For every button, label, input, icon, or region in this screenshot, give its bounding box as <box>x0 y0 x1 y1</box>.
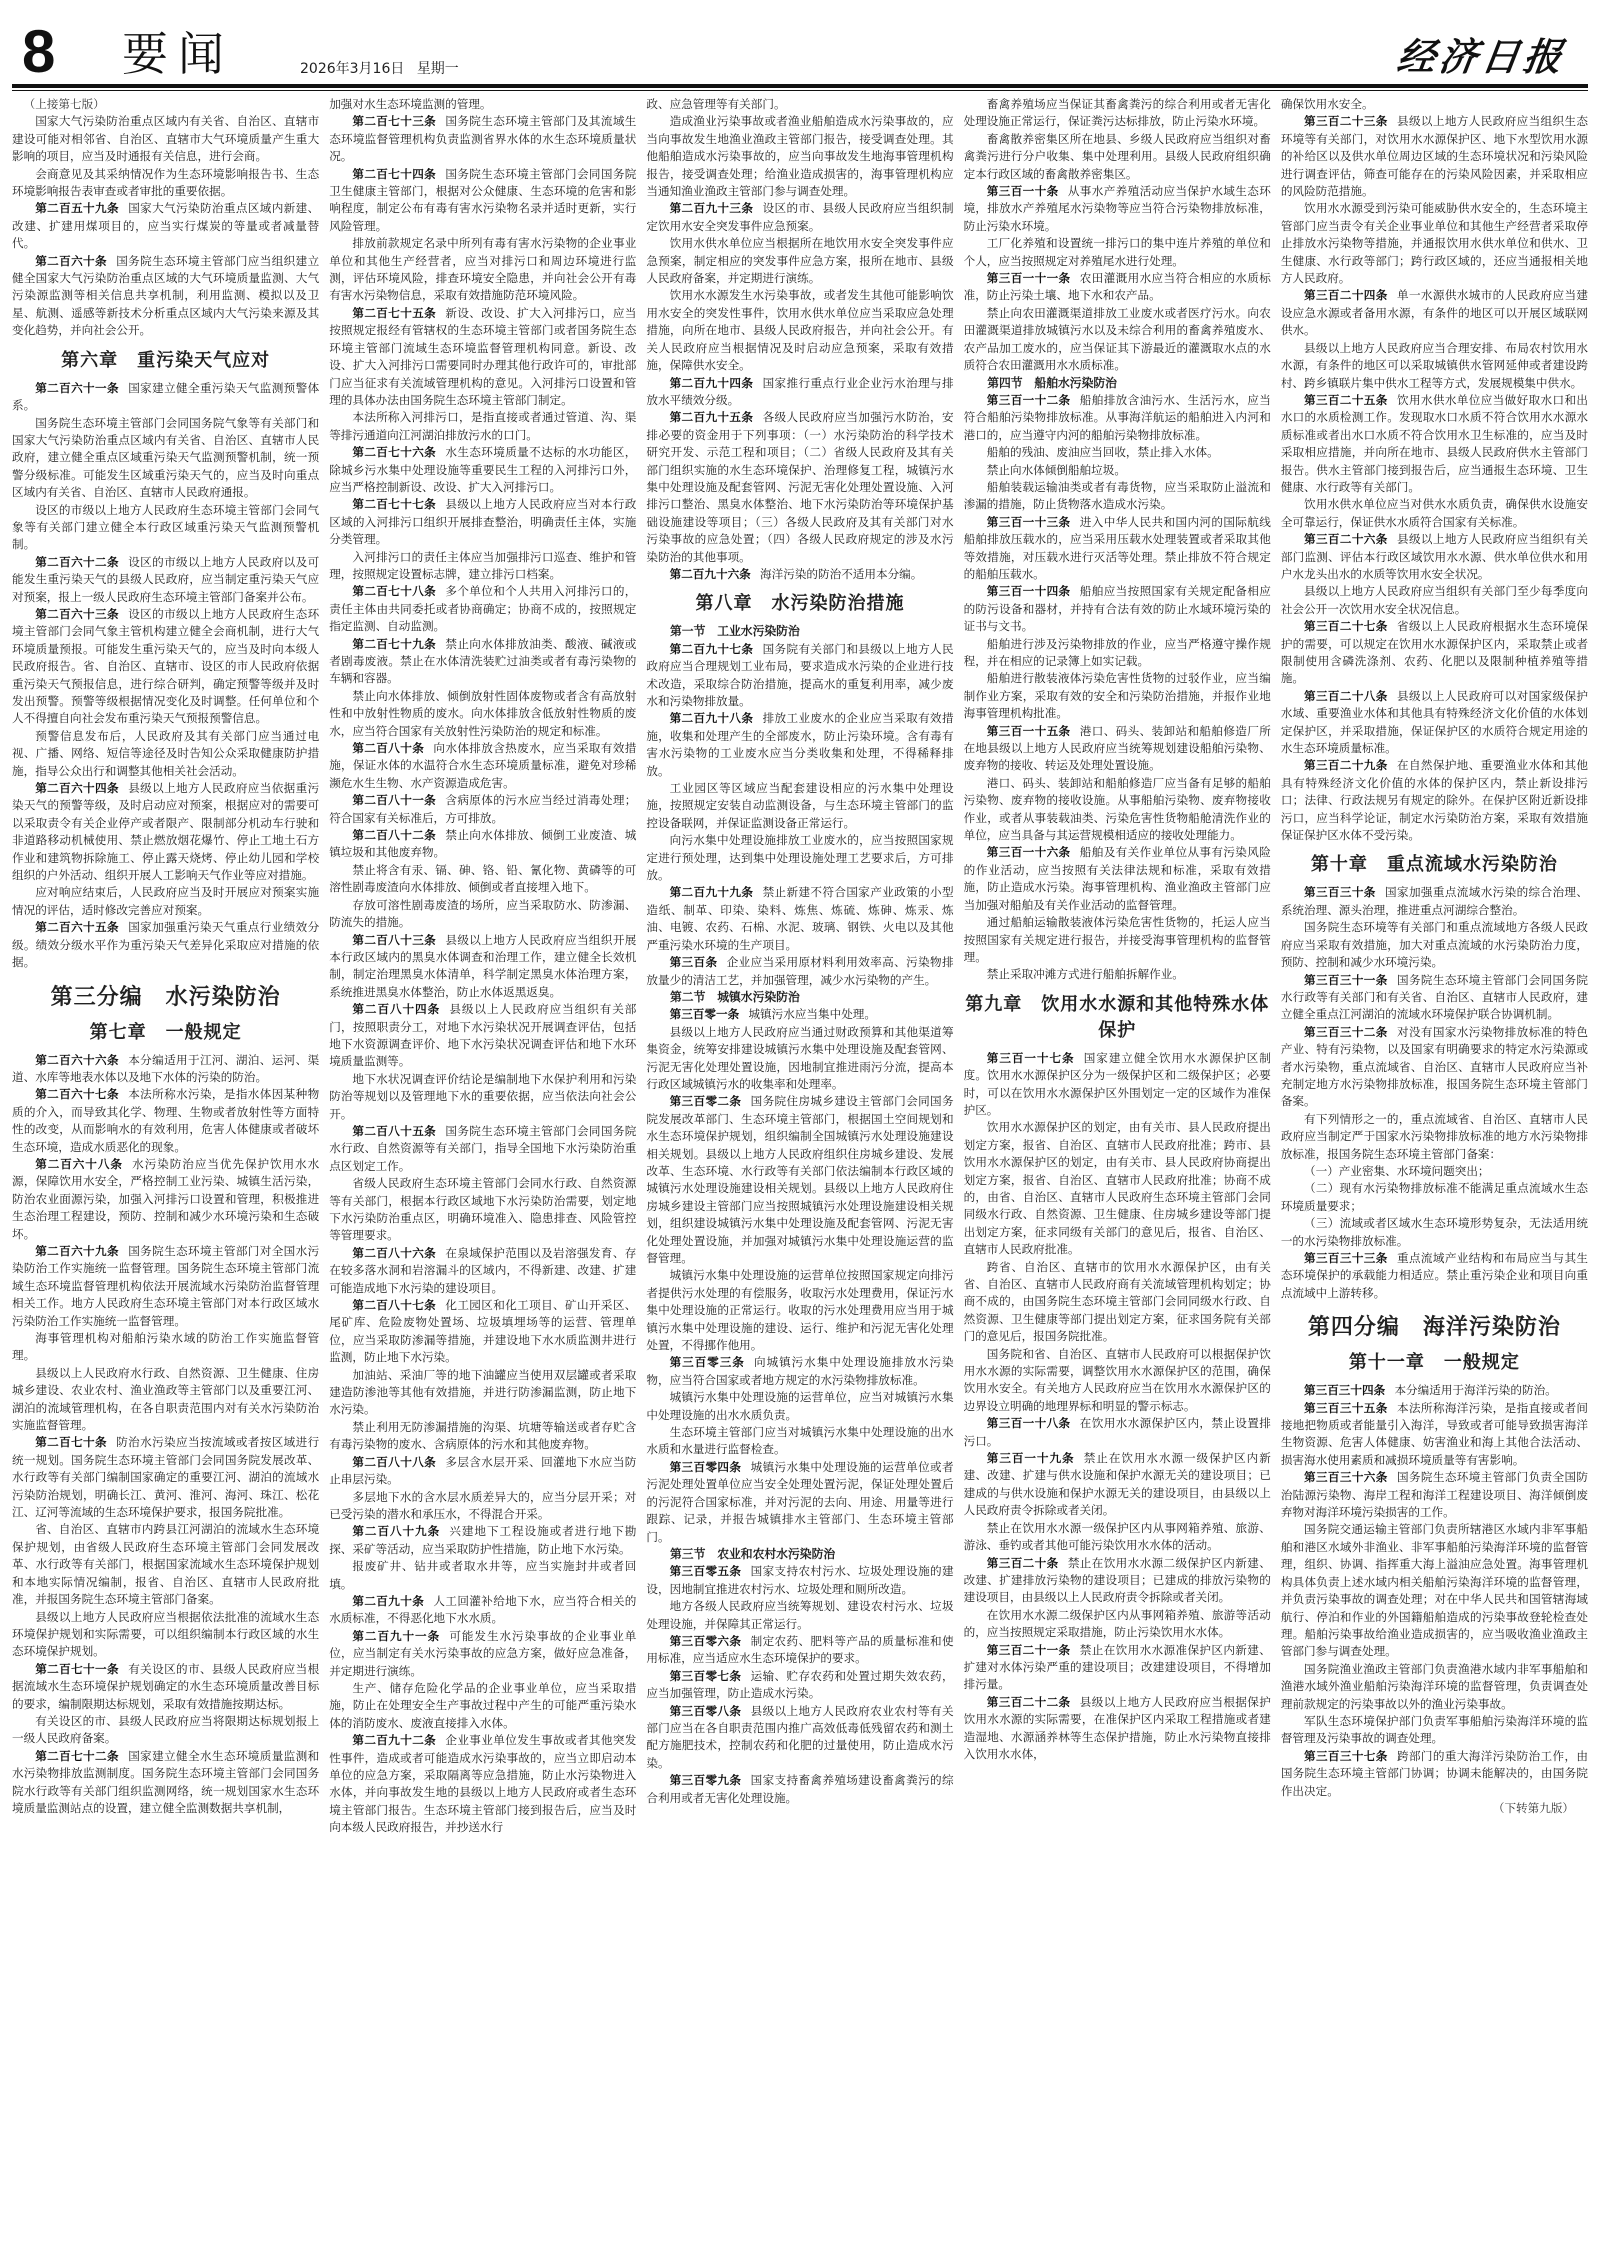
article-number: 第二百六十七条 <box>35 1087 119 1101</box>
article-paragraph: 第三百一十一条农田灌溉用水应当符合相应的水质标准，防止污染土壤、地下水和农产品。 <box>964 270 1271 305</box>
section-title: 要闻 <box>122 26 234 82</box>
article-number: 第三百二十六条 <box>1304 532 1388 546</box>
body-paragraph: 畜禽养殖场应当保证其畜禽粪污的综合利用或者无害化处理设施正常运行，保证粪污达标排… <box>964 96 1271 131</box>
body-paragraph: 港口、码头、装卸站和船舶修造厂应当备有足够的船舶污染物、废弃物的接收设施。从事船… <box>964 775 1271 845</box>
article-paragraph: 第三百零八条县级以上地方人民政府农业农村等有关部门应当在各自职责范围内推广高效低… <box>646 1703 953 1773</box>
header-rule <box>12 84 1588 88</box>
article-number: 第三百零八条 <box>670 1704 742 1718</box>
article-paragraph: 第三百二十一条禁止在饮用水水源准保护区内新建、扩建对水体污染严重的建设项目；改建… <box>964 1642 1271 1694</box>
section-heading: 第三节 农业和农村水污染防治 <box>646 1546 953 1563</box>
column-4: 畜禽养殖场应当保证其畜禽粪污的综合利用或者无害化处理设施正常运行，保证粪污达标排… <box>964 96 1271 2261</box>
article-number: 第二百七十七条 <box>352 497 436 511</box>
chapter-heading: 第八章 水污染防治措施 <box>646 591 953 617</box>
article-number: 第三百零六条 <box>670 1634 742 1648</box>
article-text: 各级人民政府应当加强污水防治，安排必要的资金用于下列事项：（一）水污染防治的科学… <box>646 410 953 563</box>
body-paragraph: （二）现有水污染物排放标准不能满足重点流域水生态环境质量要求； <box>1281 1180 1588 1215</box>
article-paragraph: 第三百二十五条饮用水供水单位应当做好取水口和出水口的水质检测工作。发现取水口水质… <box>1281 392 1588 496</box>
article-number: 第三百三十四条 <box>1304 1383 1385 1397</box>
article-number: 第二百九十一条 <box>352 1629 440 1643</box>
article-paragraph: 第二百六十七条本法所称水污染，是指水体因某种物质的介入，而导致其化学、物理、生物… <box>12 1086 319 1156</box>
article-number: 第三百二十条 <box>987 1556 1059 1570</box>
article-number: 第三百二十四条 <box>1304 288 1388 302</box>
article-text: 企业事业单位发生事故或者其他突发性事件，造成或者可能造成水污染事故的，应当立即启… <box>329 1733 636 1834</box>
article-paragraph: 第二百八十五条国务院生态环境主管部门会同国务院水行政、自然资源等有关部门，指导全… <box>329 1123 636 1175</box>
article-paragraph: 第二百七十二条国家建立健全水生态环境质量监测和水污染物排放监测制度。国务院生态环… <box>12 1748 319 1818</box>
article-number: 第二百六十三条 <box>35 607 119 621</box>
article-number: 第二百八十三条 <box>352 933 436 947</box>
article-number: 第三百零三条 <box>670 1355 745 1369</box>
continued-from-note: （上接第七版） <box>12 96 319 113</box>
article-paragraph: 第二百八十九条兴建地下工程设施或者进行地下勘探、采矿等活动，应当采取防护性措施，… <box>329 1523 636 1558</box>
body-paragraph: 国务院和省、自治区、直辖市人民政府可以根据保护饮用水水源的实际需要，调整饮用水水… <box>964 1346 1271 1416</box>
article-paragraph: 第三百零三条向城镇污水集中处理设施排放水污染物，应当符合国家或者地方规定的水污染… <box>646 1354 953 1389</box>
article-number: 第二百八十八条 <box>352 1455 436 1469</box>
article-number: 第二百六十六条 <box>35 1053 119 1067</box>
article-number: 第三百二十三条 <box>1304 114 1388 128</box>
body-paragraph: 禁止在饮用水水源一级保护区内从事网箱养殖、旅游、游泳、垂钓或者其他可能污染饮用水… <box>964 1520 1271 1555</box>
article-paragraph: 第三百一十条从事水产养殖活动应当保护水域生态环境，排放水产养殖尾水污染物等应当符… <box>964 183 1271 235</box>
body-paragraph: 禁止向水体倾倒船舶垃圾。 <box>964 462 1271 479</box>
body-paragraph: 应对响应结束后，人民政府应当及时开展应对预案实施情况的评估，适时修改完善应对预案… <box>12 884 319 919</box>
article-paragraph: 第三百三十二条对没有国家水污染物排放标准的特色产业、特有污染物，以及国家有明确要… <box>1281 1024 1588 1111</box>
part-heading: 第四分编 海洋污染防治 <box>1281 1312 1588 1342</box>
body-paragraph: 县级以上地方人民政府应当组织有关部门至少每季度向社会公开一次饮用水安全状况信息。 <box>1281 583 1588 618</box>
article-number: 第二百八十九条 <box>352 1524 440 1538</box>
article-number: 第二百八十四条 <box>352 1002 440 1016</box>
body-paragraph: 国务院生态环境等有关部门和重点流域地方各级人民政府应当采取有效措施，加大对重点流… <box>1281 919 1588 971</box>
article-paragraph: 第三百零一条城镇污水应当集中处理。 <box>646 1006 953 1023</box>
body-paragraph: 向污水集中处理设施排放工业废水的，应当按照国家规定进行预处理，达到集中处理设施处… <box>646 832 953 884</box>
article-paragraph: 第二百九十一条可能发生水污染事故的企业事业单位，应当制定有关水污染事故的应急方案… <box>329 1628 636 1680</box>
article-text: 国务院住房城乡建设主管部门会同国务院发展改革部门、生态环境主管部门，根据国土空间… <box>646 1094 953 1265</box>
article-number: 第二百七十一条 <box>35 1662 119 1676</box>
article-paragraph: 第三百二十二条县级以上地方人民政府应当根据保护饮用水水源的实际需要，在准保护区内… <box>964 1694 1271 1764</box>
article-paragraph: 第三百一十二条船舶排放含油污水、生活污水，应当符合船舶污染物排放标准。从事海洋航… <box>964 392 1271 444</box>
article-number: 第二百八十一条 <box>352 793 436 807</box>
article-number: 第二百九十四条 <box>670 376 754 390</box>
body-paragraph: 县级以上地方人民政府应当合理安排、布局农村饮用水水源，有条件的地区可以采取城镇供… <box>1281 340 1588 392</box>
article-paragraph: 第三百零七条运输、贮存农药和处置过期失效农药，应当加强管理，防止造成水污染。 <box>646 1668 953 1703</box>
article-text: 本分编适用于海洋污染的防治。 <box>1394 1383 1556 1397</box>
article-number: 第三百三十条 <box>1304 885 1376 899</box>
article-paragraph: 第三百一十三条进入中华人民共和国内河的国际航线船舶排放压载水的，应当采用压载水处… <box>964 514 1271 584</box>
article-paragraph: 第二百九十四条国家推行重点行业企业污水治理与排放水平绩效分级。 <box>646 375 953 410</box>
article-number: 第三百一十八条 <box>987 1416 1071 1430</box>
body-paragraph: 国务院生态环境主管部门会同国务院气象等有关部门和国家大气污染防治重点区域内有关省… <box>12 415 319 502</box>
article-paragraph: 第二百九十八条排放工业废水的企业应当采取有效措施，收集和处理产生的全部废水，防止… <box>646 710 953 780</box>
article-paragraph: 第三百条企业应当采用原材料利用效率高、污染物排放量少的清洁工艺，并加强管理，减少… <box>646 954 953 989</box>
article-number: 第三百一十三条 <box>987 515 1071 529</box>
article-paragraph: 第三百三十三条重点流域产业结构和布局应当与其生态环境保护的承载能力相适应。禁止重… <box>1281 1250 1588 1302</box>
article-paragraph: 第三百二十四条单一水源供水城市的人民政府应当建设应急水源或者备用水源，有条件的地… <box>1281 287 1588 339</box>
article-number: 第二百九十九条 <box>670 885 754 899</box>
article-number: 第三百二十一条 <box>987 1643 1071 1657</box>
article-number: 第二百六十四条 <box>35 781 119 795</box>
article-number: 第三百二十八条 <box>1304 689 1388 703</box>
article-number: 第二百八十五条 <box>352 1124 436 1138</box>
article-number: 第三百零四条 <box>670 1460 742 1474</box>
article-paragraph: 第三百二十七条省级以上人民政府根据水生态环境保护的需要，可以规定在饮用水水源保护… <box>1281 618 1588 688</box>
body-paragraph: 饮用水供水单位应当根据所在地饮用水安全突发事件应急预案，制定相应的突发事件应急方… <box>646 235 953 287</box>
article-paragraph: 第三百三十六条国务院生态环境主管部门负责全国防治陆源污染物、海岸工程和海洋工程建… <box>1281 1469 1588 1521</box>
header-rule-thin <box>12 90 1588 91</box>
body-paragraph: 禁止采取冲滩方式进行船舶拆解作业。 <box>964 966 1271 983</box>
article-number: 第三百一十六条 <box>987 845 1071 859</box>
article-number: 第二百六十九条 <box>35 1244 119 1258</box>
section-heading: 第一节 工业水污染防治 <box>646 623 953 640</box>
article-number: 第三百一十二条 <box>987 393 1071 407</box>
article-number: 第三百一十四条 <box>987 584 1071 598</box>
article-paragraph: 第二百七十六条水生态环境质量不达标的水功能区，除城乡污水集中处理设施等重要民生工… <box>329 444 636 496</box>
article-paragraph: 第三百三十条国家加强重点流域水污染的综合治理、系统治理、源头治理，推进重点河湖综… <box>1281 884 1588 919</box>
article-paragraph: 第三百一十五条港口、码头、装卸站和船舶修造厂所在地县级以上地方人民政府应当统筹规… <box>964 723 1271 775</box>
article-number: 第二百七十六条 <box>352 445 436 459</box>
body-paragraph: 入河排污口的责任主体应当加强排污口巡查、维护和管理，按照规定设置标志牌，建立排污… <box>329 549 636 584</box>
body-paragraph: 在饮用水水源二级保护区内从事网箱养殖、旅游等活动的，应当按照规定采取措施，防止污… <box>964 1607 1271 1642</box>
body-paragraph: 畜禽散养密集区所在地县、乡级人民政府应当组织对畜禽粪污进行分户收集、集中处理利用… <box>964 131 1271 183</box>
article-paragraph: 第三百一十六条船舶及有关作业单位从事有污染风险的作业活动，应当按照有关法律法规和… <box>964 844 1271 914</box>
article-number: 第三百条 <box>670 955 718 969</box>
article-number: 第二百八十七条 <box>352 1298 436 1312</box>
article-paragraph: 第二百九十三条设区的市、县级人民政府应当组织制定饮用水安全突发事件应急预案。 <box>646 200 953 235</box>
article-paragraph: 第三百一十七条国家建立健全饮用水水源保护区制度。饮用水水源保护区分为一级保护区和… <box>964 1050 1271 1120</box>
column-1: （上接第七版）国家大气污染防治重点区域内有关省、自治区、直辖市建设可能对相邻省、… <box>12 96 319 2261</box>
article-number: 第二百七十条 <box>35 1435 107 1449</box>
body-paragraph: 国务院交通运输主管部门负责所辖港区水域内非军事船舶和港区水域外非渔业、非军事船舶… <box>1281 1521 1588 1660</box>
article-number: 第二百八十六条 <box>352 1246 436 1260</box>
article-number: 第三百三十五条 <box>1304 1401 1388 1415</box>
body-paragraph: 存放可溶性剧毒废渣的场所，应当采取防水、防渗漏、防流失的措施。 <box>329 897 636 932</box>
article-paragraph: 第二百六十四条县级以上地方人民政府应当依据重污染天气的预警等级，及时启动应对预案… <box>12 780 319 884</box>
article-columns: （上接第七版）国家大气污染防治重点区域内有关省、自治区、直辖市建设可能对相邻省、… <box>12 96 1588 2261</box>
body-paragraph: 县级以上地方人民政府应当通过财政预算和其他渠道筹集资金，统筹安排建设城镇污水集中… <box>646 1024 953 1094</box>
masthead: 8 要闻 2026年3月16日 星期一 经济日报 <box>12 0 1588 84</box>
body-paragraph: 地方各级人民政府应当统筹规划、建设农村污水、垃圾处理设施，并保障其正常运行。 <box>646 1598 953 1633</box>
article-number: 第二百八十条 <box>352 741 424 755</box>
article-paragraph: 第三百一十八条在饮用水水源保护区内，禁止设置排污口。 <box>964 1415 1271 1450</box>
chapter-heading: 第十一章 一般规定 <box>1281 1350 1588 1376</box>
article-paragraph: 第二百六十二条设区的市级以上地方人民政府以及可能发生重污染天气的县级人民政府，应… <box>12 554 319 606</box>
article-paragraph: 第二百九十条人工回灌补给地下水，应当符合相关的水质标准，不得恶化地下水水质。 <box>329 1593 636 1628</box>
article-paragraph: 第二百六十八条水污染防治应当优先保护饮用水水源，保障饮用水安全，严格控制工业污染… <box>12 1156 319 1243</box>
article-number: 第二百七十九条 <box>352 637 436 651</box>
article-number: 第二百六十条 <box>35 254 107 268</box>
article-paragraph: 第三百二十八条县级以上人民政府可以对国家级保护水域、重要渔业水体和其他具有特殊经… <box>1281 688 1588 758</box>
body-paragraph: 设区的市级以上地方人民政府生态环境主管部门会同气象等有关部门建立健全本行政区域重… <box>12 502 319 554</box>
article-number: 第二百七十四条 <box>352 167 436 181</box>
article-paragraph: 第二百六十五条国家加强重污染天气重点行业绩效分级。绩效分级水平作为重污染天气差异… <box>12 919 319 971</box>
body-paragraph: 造成渔业污染事故或者渔业船舶造成水污染事故的，应当向事故发生地渔业渔政主管部门报… <box>646 113 953 200</box>
chapter-heading: 第七章 一般规定 <box>12 1020 319 1046</box>
article-text: 县级以上地方人民政府应当依据重污染天气的预警等级，及时启动应对预案，根据应对的需… <box>12 781 319 882</box>
continued-paragraph: 政、应急管理等有关部门。 <box>646 96 953 113</box>
article-paragraph: 第二百九十二条企业事业单位发生事故或者其他突发性事件，造成或者可能造成水污染事故… <box>329 1732 636 1836</box>
column-3: 政、应急管理等有关部门。造成渔业污染事故或者渔业船舶造成水污染事故的，应当向事故… <box>646 96 953 2261</box>
article-number: 第三百三十一条 <box>1304 973 1388 987</box>
weekday-text: 星期一 <box>417 61 459 77</box>
chapter-heading: 第九章 饮用水水源和其他特殊水体保护 <box>964 992 1271 1044</box>
article-paragraph: 第二百七十八条多个单位和个人共用入河排污口的，责任主体由共同委托或者协商确定；协… <box>329 583 636 635</box>
body-paragraph: 跨省、自治区、直辖市的饮用水水源保护区，由有关省、自治区、直辖市人民政府商有关流… <box>964 1259 1271 1346</box>
article-paragraph: 第二百八十四条县级以上人民政府应当组织有关部门，按照职责分工，对地下水污染状况开… <box>329 1001 636 1071</box>
article-paragraph: 第二百六十六条本分编适用于江河、湖泊、运河、渠道、水库等地表水体以及地下水体的污… <box>12 1052 319 1087</box>
body-paragraph: 军队生态环境保护部门负责军事船舶污染海洋环境的监督管理及污染事故的调查处理。 <box>1281 1713 1588 1748</box>
section-heading: 第四节 船舶水污染防治 <box>964 375 1271 392</box>
article-paragraph: 第二百七十七条县级以上地方人民政府应当对本行政区域的入河排污口组织开展排查整治，… <box>329 496 636 548</box>
date-text: 2026年3月16日 <box>300 61 404 77</box>
body-paragraph: 禁止利用无防渗漏措施的沟渠、坑塘等输送或者存贮含有毒污染物的废水、含病原体的污水… <box>329 1419 636 1454</box>
article-text: 设区的市级以上地方人民政府生态环境主管部门会同气象主管机构建立健全会商机制，进行… <box>12 607 319 725</box>
body-paragraph: 通过船舶运输散装液体污染危害性货物的，托运人应当按照国家有关规定进行报告，并接受… <box>964 914 1271 966</box>
body-paragraph: 有关设区的市、县级人民政府应当将限期达标规划报上一级人民政府备案。 <box>12 1713 319 1748</box>
article-paragraph: 第二百七十四条国务院生态环境主管部门会同国务院卫生健康主管部门，根据对公众健康、… <box>329 166 636 236</box>
body-paragraph: （三）流域或者区域水生态环境形势复杂，无法适用统一的水污染物排放标准。 <box>1281 1215 1588 1250</box>
body-paragraph: 饮用水水源受到污染可能威胁供水安全的，生态环境主管部门应当责令有关企业事业单位和… <box>1281 200 1588 287</box>
body-paragraph: 工厂化养殖和设置统一排污口的集中连片养殖的单位和个人，应当按照规定对养殖尾水进行… <box>964 235 1271 270</box>
article-number: 第三百二十七条 <box>1304 619 1388 633</box>
article-number: 第三百二十五条 <box>1304 393 1388 407</box>
body-paragraph: 会商意见及其采纳情况作为生态环境影响报告书、生态环境影响报告表审查或者审批的重要… <box>12 166 319 201</box>
article-paragraph: 第三百二十九条在自然保护地、重要渔业水体和其他具有特殊经济文化价值的水体的保护区… <box>1281 757 1588 844</box>
body-paragraph: 禁止向农田灌溉渠道排放工业废水或者医疗污水。向农田灌溉渠道排放城镇污水以及未综合… <box>964 305 1271 375</box>
body-paragraph: 饮用水水源保护区的划定，由有关市、县人民政府提出划定方案，报省、自治区、直辖市人… <box>964 1119 1271 1258</box>
article-number: 第二百九十六条 <box>670 567 751 581</box>
body-paragraph: 加油站、采油厂等的地下油罐应当使用双层罐或者采取建造防渗池等其他有效措施，并进行… <box>329 1367 636 1419</box>
article-paragraph: 第二百六十三条设区的市级以上地方人民政府生态环境主管部门会同气象主管机构建立健全… <box>12 606 319 728</box>
article-number: 第二百七十五条 <box>352 306 436 320</box>
body-paragraph: 国家大气污染防治重点区域内有关省、自治区、直辖市建设可能对相邻省、自治区、直辖市… <box>12 113 319 165</box>
article-paragraph: 第二百八十二条禁止向水体排放、倾倒工业废渣、城镇垃圾和其他废弃物。 <box>329 827 636 862</box>
article-text: 海洋污染的防治不适用本分编。 <box>760 567 922 581</box>
article-paragraph: 第二百七十九条禁止向水体排放油类、酸液、碱液或者剧毒废液。禁止在水体清洗装贮过油… <box>329 636 636 688</box>
article-paragraph: 第二百八十条向水体排放含热废水，应当采取有效措施，保证水体的水温符合水生态环境质… <box>329 740 636 792</box>
body-paragraph: （一）产业密集、水环境问题突出； <box>1281 1163 1588 1180</box>
body-paragraph: 地下水状况调查评价结论是编制地下水保护利用和污染防治等规划以及管理地下水的重要依… <box>329 1071 636 1123</box>
article-number: 第三百三十二条 <box>1304 1025 1388 1039</box>
article-paragraph: 第三百二十条禁止在饮用水水源二级保护区内新建、改建、扩建排放污染物的建设项目；已… <box>964 1555 1271 1607</box>
article-number: 第三百一十一条 <box>987 271 1071 285</box>
article-paragraph: 第二百八十三条县级以上地方人民政府应当组织开展本行政区域内的黑臭水体调查和治理工… <box>329 932 636 1002</box>
article-paragraph: 第二百八十八条多层含水层开采、回灌地下水应当防止串层污染。 <box>329 1454 636 1489</box>
article-number: 第二百九十二条 <box>352 1733 436 1747</box>
publication-date: 2026年3月16日 星期一 <box>300 58 459 78</box>
body-paragraph: 排放前款规定名录中所列有毒有害水污染物的企业事业单位和其他生产经营者，应当对排污… <box>329 235 636 305</box>
article-paragraph: 第三百三十七条跨部门的重大海洋污染防治工作，由国务院生态环境主管部门协调；协调未… <box>1281 1748 1588 1800</box>
article-paragraph: 第三百一十四条船舶应当按照国家有关规定配备相应的防污设备和器材，并持有合法有效的… <box>964 583 1271 635</box>
article-paragraph: 第三百零六条制定农药、肥料等产品的质量标准和使用标准，应当适应水生态环境保护的要… <box>646 1633 953 1668</box>
body-paragraph: 省、自治区、直辖市内跨县江河湖泊的流域水生态环境保护规划，由省级人民政府生态环境… <box>12 1521 319 1608</box>
body-paragraph: 国务院渔业渔政主管部门负责渔港水域内非军事船舶和渔港水域外渔业船舶污染海洋环境的… <box>1281 1661 1588 1713</box>
article-number: 第三百零一条 <box>670 1007 740 1021</box>
article-paragraph: 第二百六十条国务院生态环境主管部门应当组织建立健全国家大气污染防治重点区域的大气… <box>12 253 319 340</box>
article-paragraph: 第二百九十五条各级人民政府应当加强污水防治，安排必要的资金用于下列事项：（一）水… <box>646 409 953 566</box>
article-paragraph: 第三百二十六条县级以上地方人民政府应当组织有关部门监测、评估本行政区域饮用水水源… <box>1281 531 1588 583</box>
article-number: 第二百九十五条 <box>670 410 754 424</box>
article-paragraph: 第二百五十九条国家大气污染防治重点区域内新建、改建、扩建用煤项目的，应当实行煤炭… <box>12 200 319 252</box>
article-number: 第二百九十七条 <box>670 642 754 656</box>
article-paragraph: 第二百八十一条含病原体的污水应当经过消毒处理；符合国家有关标准后，方可排放。 <box>329 792 636 827</box>
article-number: 第二百七十八条 <box>352 584 436 598</box>
article-paragraph: 第三百三十一条国务院生态环境主管部门会同国务院水行政等有关部门和有关省、自治区、… <box>1281 972 1588 1024</box>
article-paragraph: 第三百零九条国家支持畜禽养殖场建设畜禽粪污的综合利用或者无害化处理设施。 <box>646 1772 953 1807</box>
section-heading: 第二节 城镇水污染防治 <box>646 989 953 1006</box>
article-paragraph: 第二百六十九条国务院生态环境主管部门对全国水污染防治工作实施统一监督管理。国务院… <box>12 1243 319 1330</box>
column-5: 确保饮用水安全。第三百二十三条县级以上地方人民政府应当组织生态环境等有关部门，对… <box>1281 96 1588 2261</box>
article-paragraph: 第三百零二条国务院住房城乡建设主管部门会同国务院发展改革部门、生态环境主管部门，… <box>646 1093 953 1267</box>
body-paragraph: 禁止向水体排放、倾倒放射性固体废物或者含有高放射性和中放射性物质的废水。向水体排… <box>329 688 636 740</box>
body-paragraph: 有下列情形之一的，重点流域省、自治区、直辖市人民政府应当制定严于国家水污染物排放… <box>1281 1111 1588 1163</box>
article-number: 第二百九十条 <box>352 1594 424 1608</box>
article-paragraph: 第二百九十七条国务院有关部门和县级以上地方人民政府应当合理规划工业布局，要求造成… <box>646 641 953 711</box>
body-paragraph: 生产、储存危险化学品的企业事业单位，应当采取措施，防止在处理安全生产事故过程中产… <box>329 1680 636 1732</box>
article-paragraph: 第二百七十一条有关设区的市、县级人民政府应当根据流域水生态环境保护规划确定的水生… <box>12 1661 319 1713</box>
body-paragraph: 多层地下水的含水层水质差异大的，应当分层开采；对已受污染的潜水和承压水，不得混合… <box>329 1489 636 1524</box>
article-number: 第三百一十五条 <box>987 724 1071 738</box>
article-number: 第三百二十九条 <box>1304 758 1388 772</box>
article-number: 第三百二十二条 <box>987 1695 1071 1709</box>
article-paragraph: 第二百七十条防治水污染应当按流域或者按区域进行统一规划。国务院生态环境主管部门会… <box>12 1434 319 1521</box>
article-number: 第二百六十五条 <box>35 920 119 934</box>
article-paragraph: 第三百二十三条县级以上地方人民政府应当组织生态环境等有关部门，对饮用水水源保护区… <box>1281 113 1588 200</box>
body-paragraph: 本法所称入河排污口，是指直接或者通过管道、沟、渠等排污通道向江河湖泊排放污水的口… <box>329 409 636 444</box>
article-number: 第三百零九条 <box>670 1773 742 1787</box>
body-paragraph: 禁止将含有汞、镉、砷、铬、铅、氰化物、黄磷等的可溶性剧毒废渣向水体排放、倾倒或者… <box>329 862 636 897</box>
article-number: 第二百九十八条 <box>670 711 754 725</box>
article-text: 新设、改设、扩大入河排污口，应当按照规定报经有管辖权的生态环境主管部门或者国务院… <box>329 306 636 407</box>
body-paragraph: 预警信息发布后，人民政府及其有关部门应当通过电视、广播、网络、短信等途径及时告知… <box>12 728 319 780</box>
article-number: 第三百三十六条 <box>1304 1470 1388 1484</box>
chapter-heading: 第六章 重污染天气应对 <box>12 348 319 374</box>
article-paragraph: 第三百零五条国家支持农村污水、垃圾处理设施的建设，因地制宜推进农村污水、垃圾处理… <box>646 1563 953 1598</box>
article-number: 第二百七十三条 <box>352 114 436 128</box>
body-paragraph: 船舶进行涉及污染物排放的作业，应当严格遵守操作规程，并在相应的记录簿上如实记载。 <box>964 636 1271 671</box>
page-number: 8 <box>22 22 55 82</box>
continued-to-note: （下转第九版） <box>1281 1800 1588 1817</box>
column-2: 加强对水生态环境监测的管理。第二百七十三条国务院生态环境主管部门及其流域生态环境… <box>329 96 636 2261</box>
article-paragraph: 第二百六十一条国家建立健全重污染天气监测预警体系。 <box>12 380 319 415</box>
body-paragraph: 工业园区等区域应当配套建设相应的污水集中处理设施，按照规定安装自动监测设备，与生… <box>646 780 953 832</box>
article-number: 第三百三十七条 <box>1304 1749 1388 1763</box>
article-paragraph: 第三百零四条城镇污水集中处理设施的运营单位或者污泥处理处置单位应当安全处理处置污… <box>646 1459 953 1546</box>
article-paragraph: 第三百一十九条禁止在饮用水水源一级保护区内新建、改建、扩建与供水设施和保护水源无… <box>964 1450 1271 1520</box>
chapter-heading: 第十章 重点流域水污染防治 <box>1281 852 1588 878</box>
article-number: 第二百五十九条 <box>35 201 119 215</box>
body-paragraph: 饮用水水源发生水污染事故，或者发生其他可能影响饮用水安全的突发性事件，饮用水供水… <box>646 287 953 374</box>
article-paragraph: 第二百九十六条海洋污染的防治不适用本分编。 <box>646 566 953 583</box>
body-paragraph: 城镇污水集中处理设施的运营单位，应当对城镇污水集中处理设施的出水水质负责。 <box>646 1389 953 1424</box>
article-number: 第三百一十九条 <box>987 1451 1075 1465</box>
article-number: 第三百零二条 <box>670 1094 742 1108</box>
article-number: 第二百六十八条 <box>35 1157 123 1171</box>
body-paragraph: 饮用水供水单位应当对供水水质负责，确保供水设施安全可靠运行，保证供水水质符合国家… <box>1281 496 1588 531</box>
article-number: 第三百一十条 <box>987 184 1059 198</box>
article-number: 第二百六十一条 <box>35 381 119 395</box>
newspaper-logo: 经济日报 <box>1394 26 1570 81</box>
body-paragraph: 报废矿井、钻井或者取水井等，应当实施封井或者回填。 <box>329 1558 636 1593</box>
article-number: 第二百六十二条 <box>35 555 119 569</box>
article-paragraph: 第二百九十九条禁止新建不符合国家产业政策的小型造纸、制革、印染、染料、炼焦、炼硫… <box>646 884 953 954</box>
continued-paragraph: 加强对水生态环境监测的管理。 <box>329 96 636 113</box>
body-paragraph: 船舶装载运输油类或者有毒货物，应当采取防止溢流和渗漏的措施，防止货物落水造成水污… <box>964 479 1271 514</box>
article-paragraph: 第二百七十五条新设、改设、扩大入河排污口，应当按照规定报经有管辖权的生态环境主管… <box>329 305 636 409</box>
article-number: 第三百三十三条 <box>1304 1251 1388 1265</box>
body-paragraph: 县级以上地方人民政府应当根据依法批准的流域水生态环境保护规划和实际需要，可以组织… <box>12 1609 319 1661</box>
article-number: 第二百七十二条 <box>35 1749 119 1763</box>
article-number: 第二百八十二条 <box>352 828 436 842</box>
body-paragraph: 海事管理机构对船舶污染水域的防治工作实施监督管理。 <box>12 1330 319 1365</box>
body-paragraph: 省级人民政府生态环境主管部门会同水行政、自然资源等有关部门，根据本行政区域地下水… <box>329 1175 636 1245</box>
article-text: 城镇污水应当集中处理。 <box>748 1007 876 1021</box>
article-paragraph: 第三百三十四条本分编适用于海洋污染的防治。 <box>1281 1382 1588 1399</box>
body-paragraph: 城镇污水集中处理设施的运营单位按照国家规定向排污者提供污水处理的有偿服务，收取污… <box>646 1267 953 1354</box>
article-paragraph: 第二百八十七条化工园区和化工项目、矿山开采区、尾矿库、危险废物处置场、垃圾填埋场… <box>329 1297 636 1367</box>
article-paragraph: 第二百七十三条国务院生态环境主管部门及其流域生态环境监督管理机构负责监测省界水体… <box>329 113 636 165</box>
article-paragraph: 第二百八十六条在泉域保护范围以及岩溶强发育、存在较多落水洞和岩溶漏斗的区域内，不… <box>329 1245 636 1297</box>
article-number: 第三百零五条 <box>670 1564 742 1578</box>
body-paragraph: 县级以上人民政府水行政、自然资源、卫生健康、住房城乡建设、农业农村、渔业渔政等主… <box>12 1365 319 1435</box>
article-text: 饮用水供水单位应当做好取水口和出水口的水质检测工作。发现取水口水质不符合饮用水水… <box>1281 393 1588 494</box>
article-number: 第三百一十七条 <box>987 1051 1075 1065</box>
continued-paragraph: 确保饮用水安全。 <box>1281 96 1588 113</box>
body-paragraph: 船舶进行散装液体污染危害性货物的过驳作业，应当编制作业方案，采取有效的安全和污染… <box>964 670 1271 722</box>
part-heading: 第三分编 水污染防治 <box>12 982 319 1012</box>
article-paragraph: 第三百三十五条本法所称海洋污染，是指直接或者间接地把物质或者能量引入海洋，导致或… <box>1281 1400 1588 1470</box>
article-number: 第三百零七条 <box>670 1669 742 1683</box>
body-paragraph: 生态环境主管部门应当对城镇污水集中处理设施的出水水质和水量进行监督检查。 <box>646 1424 953 1459</box>
article-number: 第二百九十三条 <box>670 201 754 215</box>
body-paragraph: 船舶的残油、废油应当回收，禁止排入水体。 <box>964 444 1271 461</box>
